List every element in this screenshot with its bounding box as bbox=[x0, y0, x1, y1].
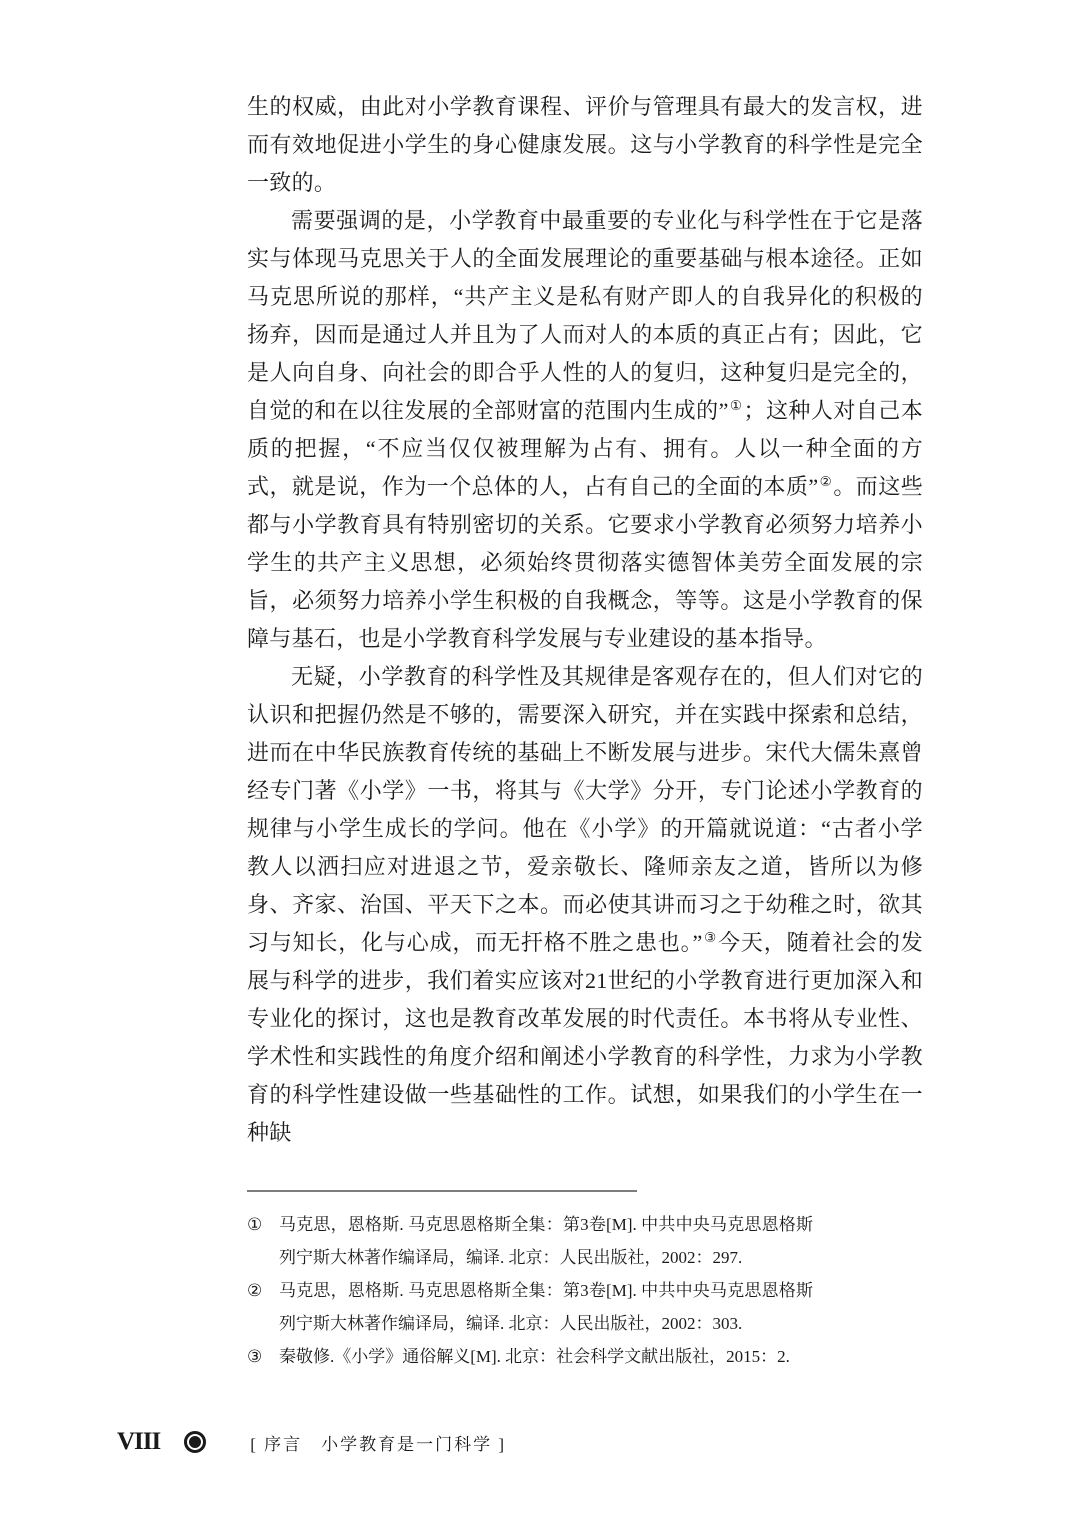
footnote-marker: ③ bbox=[247, 1340, 279, 1373]
footnote-text: 秦敬修.《小学》通俗解义[M]. 北京：社会科学文献出版社，2015：2. bbox=[279, 1340, 813, 1373]
page-footer: VIII [ 序言 小学教育是一门科学 ] bbox=[117, 1426, 506, 1458]
footnote-item: ③ 秦敬修.《小学》通俗解义[M]. 北京：社会科学文献出版社，2015：2. bbox=[247, 1340, 813, 1373]
filled-circle-icon bbox=[184, 1431, 206, 1453]
footnote-item: ② 马克思，恩格斯. 马克思恩格斯全集：第3卷[M]. 中共中央马克思恩格斯列宁… bbox=[247, 1274, 813, 1340]
paragraph-zhuxi-xiaoxue: 无疑，小学教育的科学性及其规律是客观存在的，但人们对它的认识和把握仍然是不够的，… bbox=[247, 658, 923, 1152]
paragraph-continuation: 生的权威，由此对小学教育课程、评价与管理具有最大的发言权，进而有效地促进小学生的… bbox=[247, 88, 923, 202]
footnote-text: 马克思，恩格斯. 马克思恩格斯全集：第3卷[M]. 中共中央马克思恩格斯列宁斯大… bbox=[279, 1274, 813, 1340]
chapter-label: [ 序言 小学教育是一门科学 ] bbox=[250, 1430, 506, 1455]
main-text-block: 生的权威，由此对小学教育课程、评价与管理具有最大的发言权，进而有效地促进小学生的… bbox=[247, 88, 923, 1152]
footnote-item: ① 马克思，恩格斯. 马克思恩格斯全集：第3卷[M]. 中共中央马克思恩格斯列宁… bbox=[247, 1208, 813, 1274]
footnote-marker: ① bbox=[247, 1208, 279, 1241]
paragraph-marx-theory: 需要强调的是，小学教育中最重要的专业化与科学性在于它是落实与体现马克思关于人的全… bbox=[247, 202, 923, 658]
book-page: 生的权威，由此对小学教育课程、评价与管理具有最大的发言权，进而有效地促进小学生的… bbox=[0, 0, 1080, 1515]
footnote-marker: ② bbox=[247, 1274, 279, 1307]
page-number: VIII bbox=[117, 1428, 160, 1456]
footnote-text: 马克思，恩格斯. 马克思恩格斯全集：第3卷[M]. 中共中央马克思恩格斯列宁斯大… bbox=[279, 1208, 813, 1274]
footnotes-section: ① 马克思，恩格斯. 马克思恩格斯全集：第3卷[M]. 中共中央马克思恩格斯列宁… bbox=[247, 1190, 923, 1373]
footnote-divider bbox=[247, 1190, 637, 1192]
